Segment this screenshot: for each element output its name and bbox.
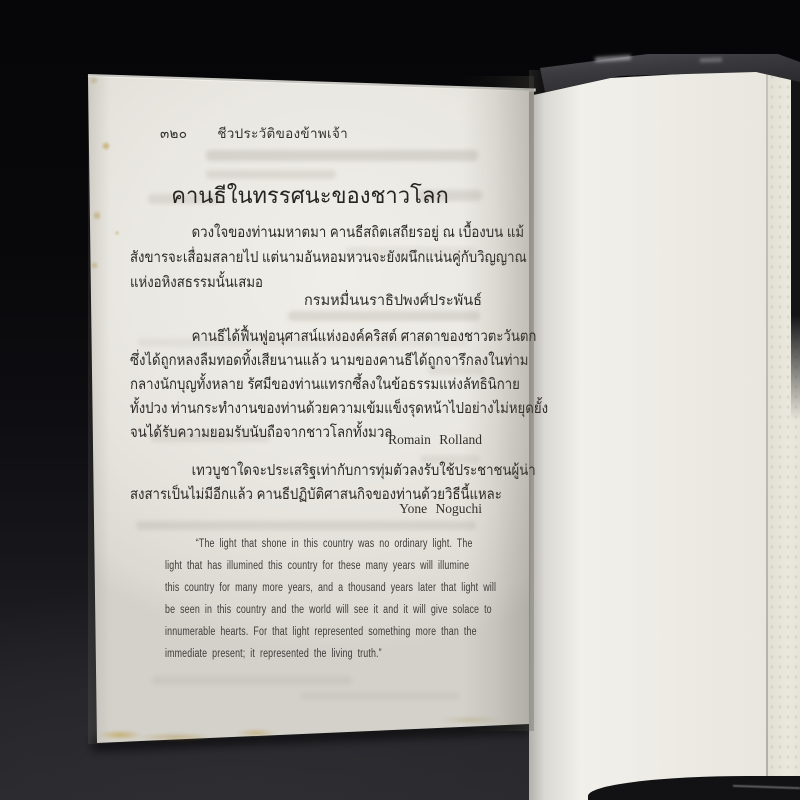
- quote3-attribution: Yone Noguchi: [130, 501, 482, 517]
- page-header: ๓๒๐ ชีวประวัติของข้าพเจ้า: [160, 122, 348, 144]
- ghost-text: [136, 521, 476, 530]
- english-quote-line5: innumerable hearts. For that light repre…: [165, 626, 482, 638]
- running-title: ชีวประวัติของข้าพเจ้า: [217, 126, 348, 141]
- chapter-title: คานธีในทรรศนะของชาวโลก: [130, 178, 490, 213]
- cover-glint: [700, 58, 722, 63]
- right-page-fold-line: [766, 72, 768, 800]
- ghost-text: [206, 150, 478, 161]
- gutter-shadow-left: [462, 76, 534, 731]
- english-quote-line6: immediate present; it represented the li…: [165, 648, 482, 660]
- quote2-attribution: Romain Rolland: [130, 432, 482, 448]
- page-number: ๓๒๐: [160, 126, 187, 141]
- english-quote-line4: be seen in this country and the world wi…: [165, 604, 482, 616]
- ghost-text: [288, 311, 480, 321]
- quote1-attribution: กรมหมื่นนราธิปพงศ์ประพันธ์: [130, 289, 482, 312]
- gutter-shadow-right: [529, 70, 581, 800]
- english-quote-line1: “The light that shone in this country wa…: [165, 538, 482, 550]
- book-photo: ๓๒๐ ชีวประวัติของข้าพเจ้า คานธีในทรรศนะข…: [0, 0, 800, 800]
- english-quote-line3: this country for many more years, and a …: [165, 582, 482, 594]
- right-page-dark-edge: [791, 70, 800, 420]
- left-page-edge-shade: [88, 76, 110, 744]
- ghost-text: [300, 692, 460, 700]
- english-quote-line2: light that has illumined this country fo…: [165, 560, 482, 572]
- ghost-text: [152, 676, 352, 685]
